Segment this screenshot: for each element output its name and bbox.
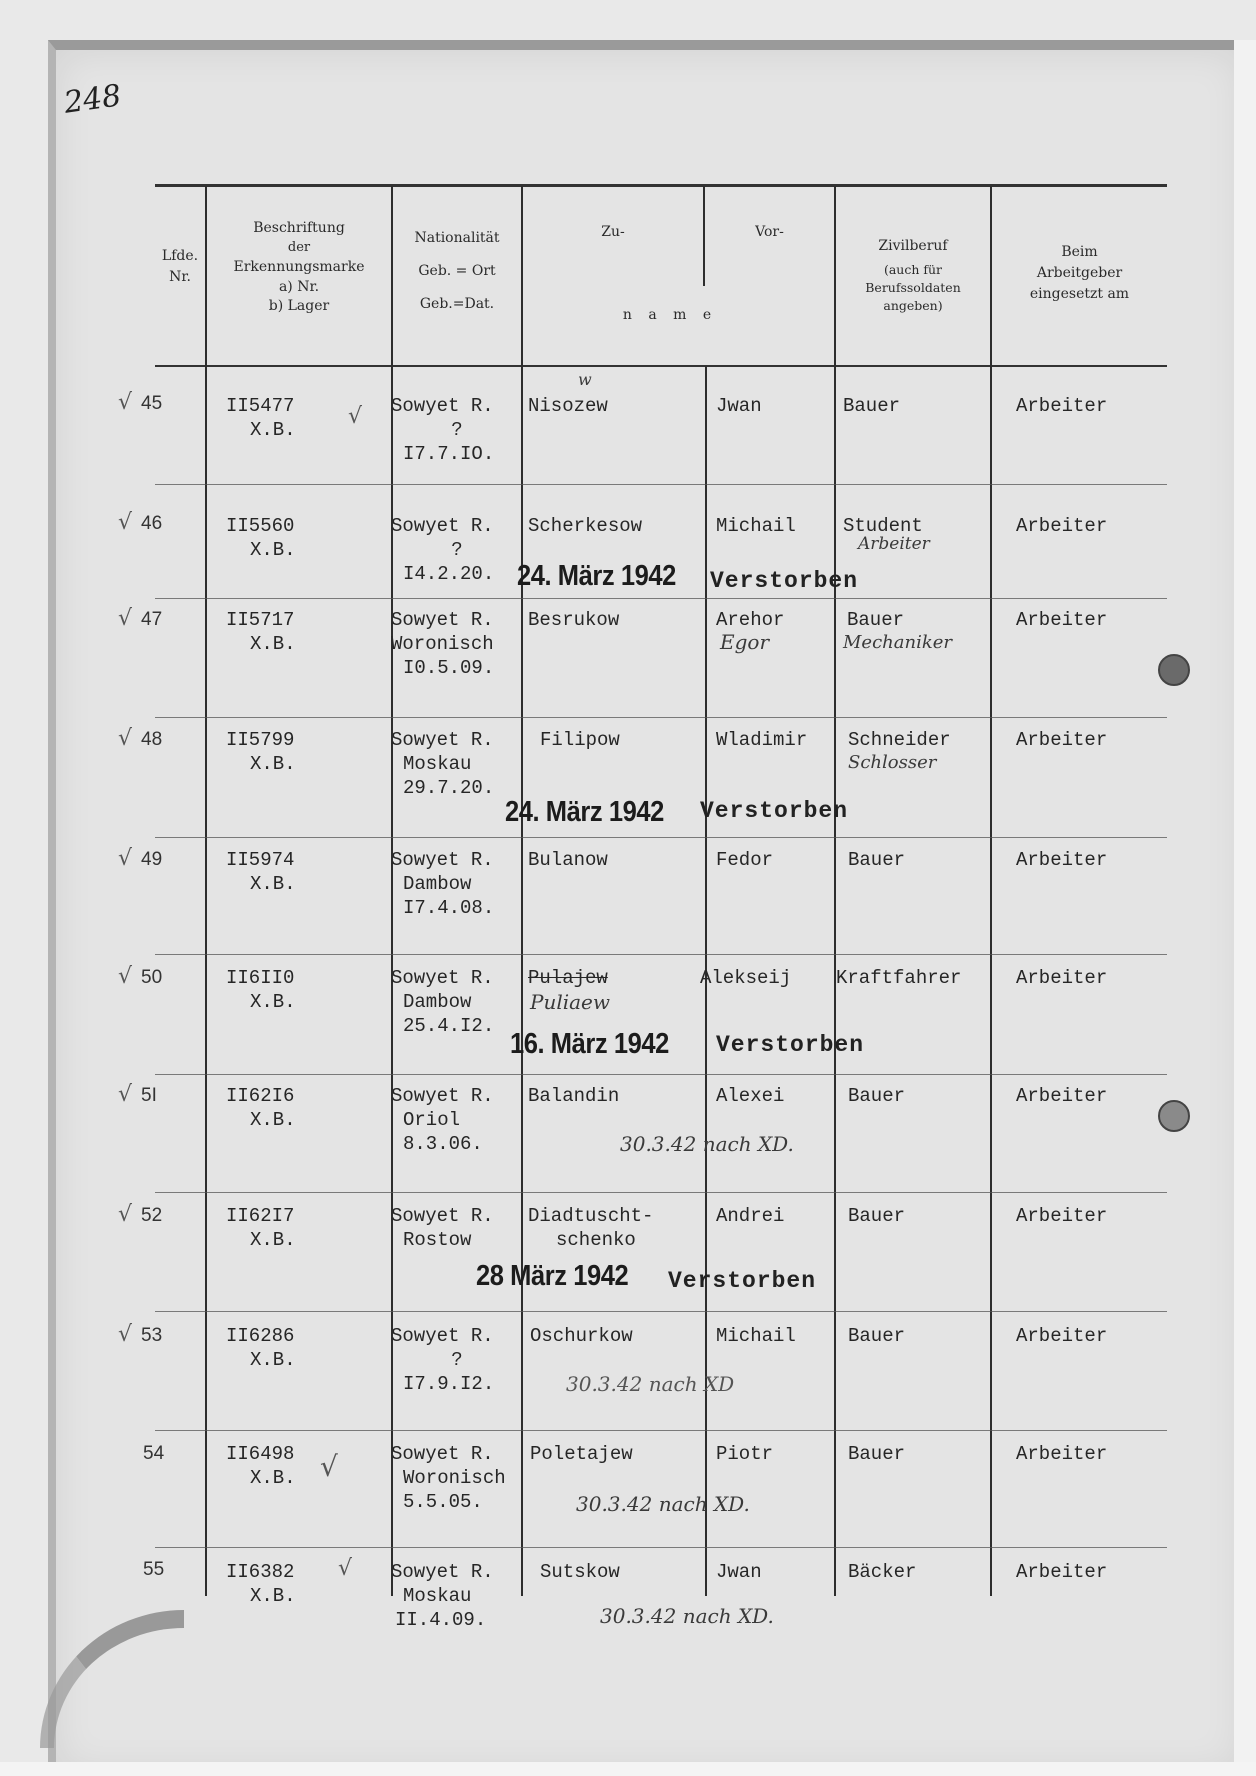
row-number: 54 — [143, 1442, 164, 1466]
row-divider — [155, 1074, 1167, 1075]
verstorben-stamp: Verstorben — [668, 1268, 816, 1294]
marke-number: II6286 — [226, 1324, 294, 1348]
lager: X.B. — [250, 872, 296, 896]
birthdate: 8.3.06. — [403, 1132, 483, 1156]
header-line: a) Nr. — [207, 278, 391, 297]
surname: Balandin — [528, 1084, 619, 1108]
birthplace: Oriol — [403, 1108, 460, 1132]
check-mark-icon: √ — [118, 510, 132, 535]
nationality: Sowyet R. — [391, 514, 494, 538]
death-date-stamp: 16. März 1942 — [510, 1028, 669, 1061]
marke-number: II5974 — [226, 848, 294, 872]
occupation: Bauer — [847, 608, 904, 632]
firstname: Michail — [716, 1324, 796, 1348]
birthdate: II.4.09. — [395, 1608, 486, 1632]
header-vorname: Vor- — [705, 222, 834, 243]
header-erkennungsmarke: Beschriftung der Erkennungsmarke a) Nr. … — [207, 218, 391, 316]
row-number: 47 — [141, 608, 162, 632]
employer-status: Arbeiter — [1016, 1324, 1107, 1348]
marke-number: II6II0 — [226, 966, 294, 990]
table-top-rule — [155, 184, 1167, 187]
lager: X.B. — [250, 418, 296, 442]
row-number: 55 — [143, 1558, 164, 1582]
punch-hole — [1158, 654, 1190, 686]
birthdate: I0.5.09. — [403, 656, 494, 680]
firstname: Piotr — [716, 1442, 773, 1466]
occupation: Bauer — [848, 1084, 905, 1108]
employer-status: Arbeiter — [1016, 848, 1107, 872]
birthplace: Moskau — [403, 1584, 471, 1608]
birthplace: ? — [393, 538, 521, 562]
lager: X.B. — [250, 1228, 296, 1252]
row-number: 5I — [141, 1084, 157, 1108]
birthplace: Woronisch — [403, 1466, 506, 1490]
occupation: Bäcker — [848, 1560, 916, 1584]
birthdate: 25.4.I2. — [403, 1014, 494, 1038]
surname: Scherkesow — [528, 514, 642, 538]
marke-number: II5477 — [226, 394, 294, 418]
nationality: Sowyet R. — [391, 728, 494, 752]
row-divider — [155, 1192, 1167, 1193]
death-date-stamp: 24. März 1942 — [517, 560, 676, 593]
nationality: Sowyet R. — [391, 1204, 494, 1228]
header-line: Geb. = Ort — [393, 261, 521, 282]
surname: Nisozew — [528, 394, 608, 418]
firstname: Alexei — [716, 1084, 784, 1108]
surname: Diadtuscht- — [528, 1204, 653, 1228]
employer-status: Arbeiter — [1016, 1204, 1107, 1228]
occupation: Bauer — [848, 1442, 905, 1466]
firstname-correction: Egor — [720, 630, 769, 654]
row-divider — [155, 1547, 1167, 1548]
header-line: Arbeitgeber — [992, 263, 1167, 284]
employer-status: Arbeiter — [1016, 1084, 1107, 1108]
occupation: Bauer — [848, 848, 905, 872]
birthplace: ? — [393, 1348, 521, 1372]
birthdate: I7.4.08. — [403, 896, 494, 920]
header-line: Lfde. — [155, 246, 205, 267]
occupation: Bauer — [848, 1204, 905, 1228]
transfer-note: 30.3.42 nach XD. — [600, 1604, 774, 1628]
header-arbeitgeber: Beim Arbeitgeber eingesetzt am — [992, 242, 1167, 305]
transfer-note: 30.3.42 nach XD — [566, 1372, 734, 1396]
row-divider — [155, 837, 1167, 838]
occupation-correction: Arbeiter — [858, 534, 930, 554]
nationality: Sowyet R. — [391, 1084, 494, 1108]
firstname: Andrei — [716, 1204, 784, 1228]
header-line: (auch für — [836, 261, 990, 279]
row-divider — [155, 484, 1167, 485]
page-edge — [1234, 40, 1256, 1776]
marke-number: II62I6 — [226, 1084, 294, 1108]
table-header-rule — [155, 365, 1167, 367]
surname-correction: w — [578, 370, 592, 389]
header-line: angeben) — [836, 297, 990, 315]
lager: X.B. — [250, 1348, 296, 1372]
surname-struck: Pulajew — [528, 966, 608, 990]
birthplace: Dambow — [403, 990, 471, 1014]
birthdate: I4.2.20. — [403, 562, 494, 586]
check-mark-icon: √ — [118, 726, 132, 751]
employer-status: Arbeiter — [1016, 514, 1107, 538]
nationality: Sowyet R. — [391, 394, 494, 418]
row-number: 52 — [141, 1204, 162, 1228]
birthdate: I7.9.I2. — [403, 1372, 494, 1396]
column-divider — [834, 186, 836, 1596]
nationality: Sowyet R. — [391, 1442, 494, 1466]
firstname: Alekseij — [700, 966, 791, 990]
check-mark-icon: √ — [118, 606, 132, 631]
marke-number: II62I7 — [226, 1204, 294, 1228]
header-zivilberuf: Zivilberuf (auch für Berufssoldaten ange… — [836, 236, 990, 315]
birthplace: Moskau — [403, 752, 471, 776]
header-lfd-nr: Lfde. Nr. — [155, 246, 205, 288]
header-line: Nationalität — [393, 228, 521, 249]
header-name: n a m e — [560, 305, 780, 326]
surname: Poletajew — [530, 1442, 633, 1466]
verstorben-stamp: Verstorben — [710, 568, 858, 594]
occupation: Bauer — [843, 394, 900, 418]
employer-status: Arbeiter — [1016, 1560, 1107, 1584]
page-bottom-edge — [0, 1762, 1256, 1776]
occupation-correction: Mechaniker — [843, 632, 952, 653]
header-line: Erkennungsmarke — [207, 257, 391, 278]
row-divider — [155, 1311, 1167, 1312]
row-number: 53 — [141, 1324, 162, 1348]
row-divider — [155, 954, 1167, 955]
column-divider — [521, 186, 523, 1596]
transfer-note: 30.3.42 nach XD. — [576, 1492, 750, 1516]
lager: X.B. — [250, 632, 296, 656]
surname-correction: Puliaew — [530, 990, 610, 1014]
nationality: Sowyet R. — [391, 848, 494, 872]
header-line: b) Lager — [207, 297, 391, 316]
lager: X.B. — [250, 990, 296, 1014]
firstname: Wladimir — [716, 728, 807, 752]
birthplace: Woronisch — [391, 632, 494, 656]
nationality: Sowyet R. — [391, 1324, 494, 1348]
surname: Bulanow — [528, 848, 608, 872]
check-mark-icon: √ — [118, 390, 132, 415]
surname: Oschurkow — [530, 1324, 633, 1348]
header-line: Beim — [992, 242, 1167, 263]
check-mark-icon: √ — [118, 1082, 132, 1107]
row-number: 45 — [141, 392, 162, 416]
lager: X.B. — [250, 538, 296, 562]
header-line: Beschriftung — [207, 218, 391, 239]
nationality: Sowyet R. — [391, 1560, 494, 1584]
lager: X.B. — [250, 1584, 296, 1608]
marke-number: II5799 — [226, 728, 294, 752]
surname: Filipow — [540, 728, 620, 752]
employer-status: Arbeiter — [1016, 1442, 1107, 1466]
lager: X.B. — [250, 1466, 296, 1490]
header-line: eingesetzt am — [992, 284, 1167, 305]
marke-number: II6498 — [226, 1442, 294, 1466]
check-mark-icon: √ — [338, 1556, 352, 1581]
punch-hole — [1158, 1100, 1190, 1132]
employer-status: Arbeiter — [1016, 608, 1107, 632]
surname: Besrukow — [528, 608, 619, 632]
header-line: der — [207, 239, 391, 257]
verstorben-stamp: Verstorben — [716, 1032, 864, 1058]
header-line: Berufssoldaten — [836, 279, 990, 297]
header-line: Nr. — [155, 267, 205, 288]
check-mark-icon: √ — [118, 846, 132, 871]
birthplace: Dambow — [403, 872, 471, 896]
firstname: Arehor — [716, 608, 784, 632]
header-zuname: Zu- — [523, 222, 703, 243]
lager: X.B. — [250, 752, 296, 776]
employer-status: Arbeiter — [1016, 728, 1107, 752]
row-number: 48 — [141, 728, 162, 752]
check-mark-icon: √ — [118, 1322, 132, 1347]
occupation: Kraftfahrer — [836, 966, 961, 990]
marke-number: II5560 — [226, 514, 294, 538]
check-mark-icon: √ — [118, 964, 132, 989]
firstname: Jwan — [716, 1560, 762, 1584]
row-divider — [155, 717, 1167, 718]
birthdate: 29.7.20. — [403, 776, 494, 800]
verstorben-stamp: Verstorben — [700, 798, 848, 824]
employer-status: Arbeiter — [1016, 394, 1107, 418]
column-divider — [990, 186, 992, 1596]
occupation: Schneider — [848, 728, 951, 752]
check-mark-icon: √ — [320, 1450, 338, 1483]
occupation-correction: Schlosser — [848, 752, 936, 773]
death-date-stamp: 28 März 1942 — [476, 1260, 628, 1293]
header-line: Zivilberuf — [836, 236, 990, 257]
firstname: Fedor — [716, 848, 773, 872]
nationality: Sowyet R. — [391, 608, 494, 632]
marke-number: II6382 — [226, 1560, 294, 1584]
row-divider — [155, 1430, 1167, 1431]
birthdate: I7.7.IO. — [403, 442, 494, 466]
surname: Sutskow — [540, 1560, 620, 1584]
marke-number: II5717 — [226, 608, 294, 632]
column-divider — [205, 186, 207, 1596]
check-mark-icon: √ — [118, 1202, 132, 1227]
lager: X.B. — [250, 1108, 296, 1132]
birthplace: Rostow — [403, 1228, 471, 1252]
row-number: 49 — [141, 848, 162, 872]
header-line: Geb.=Dat. — [393, 294, 521, 315]
header-nationalitaet: Nationalität Geb. = Ort Geb.=Dat. — [393, 228, 521, 315]
row-number: 46 — [141, 512, 162, 536]
firstname: Michail — [716, 514, 796, 538]
birthplace: ? — [393, 418, 521, 442]
surname-continued: schenko — [556, 1228, 636, 1252]
transfer-note: 30.3.42 nach XD. — [620, 1132, 794, 1156]
firstname: Jwan — [716, 394, 762, 418]
nationality: Sowyet R. — [391, 966, 494, 990]
birthdate: 5.5.05. — [403, 1490, 483, 1514]
death-date-stamp: 24. März 1942 — [505, 796, 664, 829]
occupation: Bauer — [848, 1324, 905, 1348]
row-divider — [155, 598, 1167, 599]
check-mark-icon: √ — [348, 404, 362, 429]
row-number: 50 — [141, 966, 162, 990]
employer-status: Arbeiter — [1016, 966, 1107, 990]
